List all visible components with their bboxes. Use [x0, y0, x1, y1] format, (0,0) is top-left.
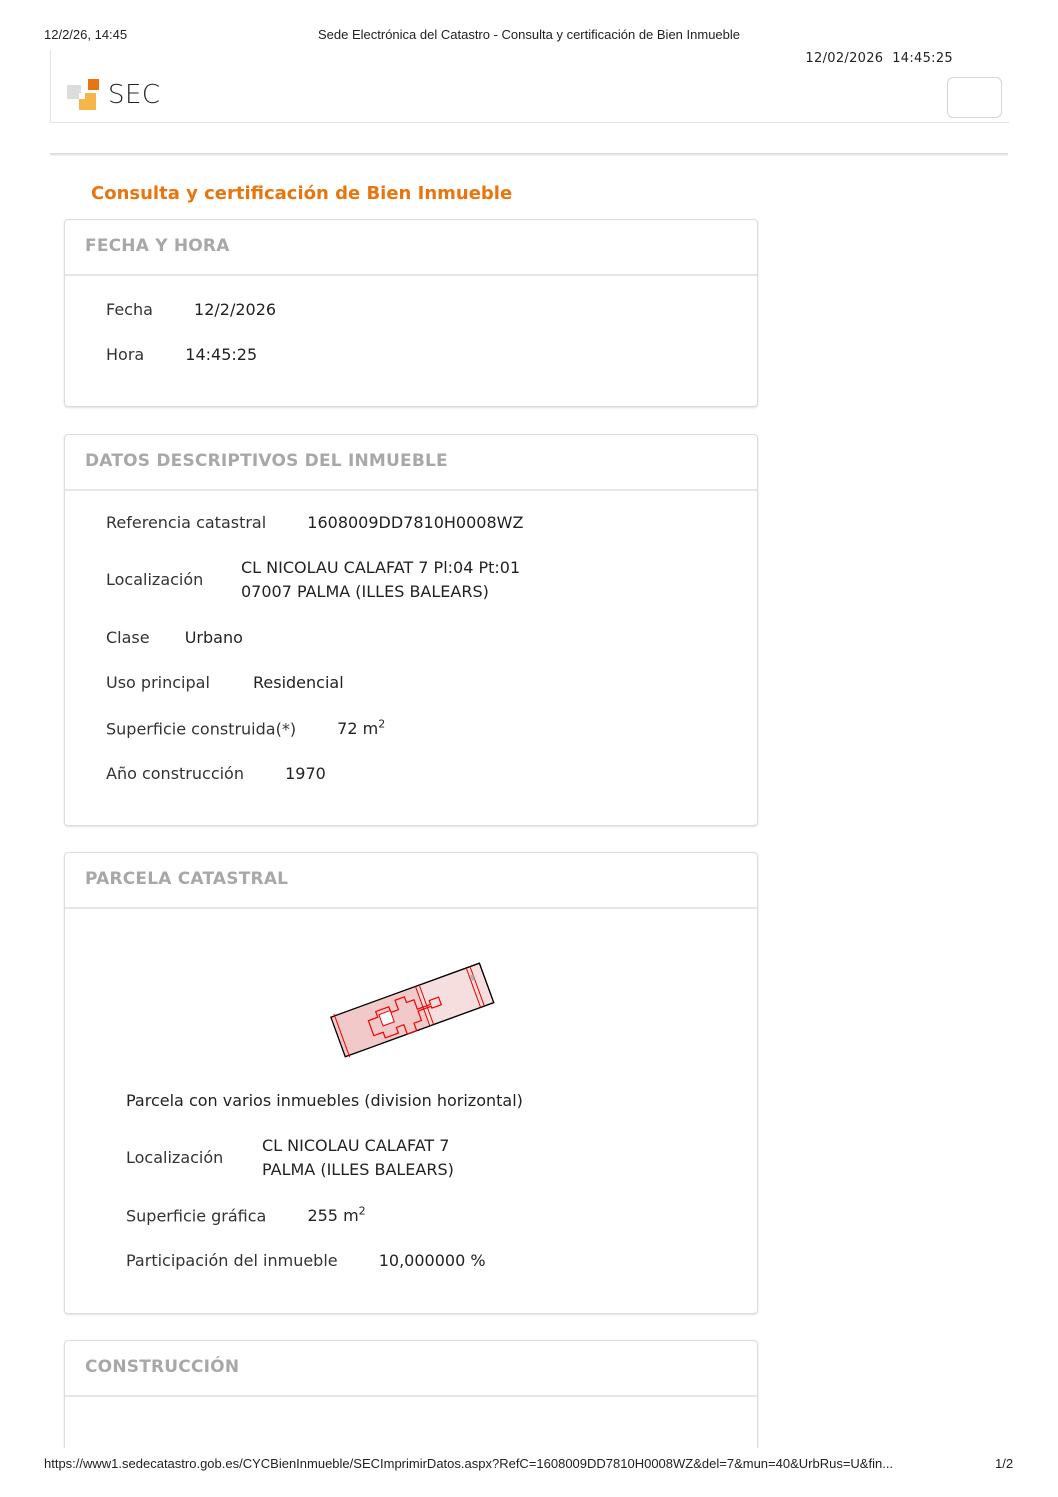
header-datetime: 12/02/2026 14:45:25 — [805, 51, 953, 66]
field-hora: Hora 14:45:25 — [106, 345, 257, 364]
page-title: Consulta y certificación de Bien Inmuebl… — [91, 183, 512, 204]
field-label: Hora — [106, 345, 144, 364]
parcela-description: Parcela con varios inmuebles (division h… — [126, 1091, 523, 1110]
field-label: Localización — [106, 570, 203, 589]
field-uso-principal: Uso principal Residencial — [106, 673, 344, 692]
field-value: Urbano — [185, 628, 243, 647]
panel-parcela-catastral: PARCELA CATASTRAL Parcela con varios inm… — [64, 852, 758, 1314]
field-superficie-construida: Superficie construida(*) 72 m2 — [106, 718, 385, 738]
field-label: Clase — [106, 628, 150, 647]
print-title: Sede Electrónica del Catastro - Consulta… — [0, 27, 1058, 42]
panel-datos-descriptivos: DATOS DESCRIPTIVOS DEL INMUEBLE Referenc… — [64, 434, 758, 826]
panel-title: PARCELA CATASTRAL — [85, 869, 288, 889]
field-value[interactable]: 1608009DD7810H0008WZ — [307, 513, 523, 532]
field-parcela-localizacion-line2: PALMA (ILLES BALEARS) — [262, 1160, 454, 1179]
field-value: 12/2/2026 — [194, 300, 276, 319]
field-label: Superficie construida(*) — [106, 719, 296, 738]
field-referencia-catastral: Referencia catastral 1608009DD7810H0008W… — [106, 513, 523, 532]
field-label: Uso principal — [106, 673, 210, 692]
field-value: 10,000000 % — [379, 1251, 486, 1270]
logo-orange-square-icon — [88, 79, 99, 90]
field-parcela-localizacion-label: Localización — [126, 1148, 223, 1167]
field-value: 14:45:25 — [185, 345, 257, 364]
print-url: https://www1.sedecatastro.gob.es/CYCBien… — [44, 1456, 893, 1471]
panel-title: CONSTRUCCIÓN — [85, 1357, 239, 1377]
menu-button[interactable] — [947, 77, 1002, 118]
field-localizacion-line1: CL NICOLAU CALAFAT 7 Pl:04 Pt:01 — [241, 558, 520, 577]
panel-header: FECHA Y HORA — [65, 220, 757, 276]
field-value: Residencial — [253, 673, 344, 692]
panel-title: DATOS DESCRIPTIVOS DEL INMUEBLE — [85, 451, 448, 471]
field-clase: Clase Urbano — [106, 628, 243, 647]
panel-header: PARCELA CATASTRAL — [65, 853, 757, 909]
field-label: Año construcción — [106, 764, 244, 783]
logo-white-notch-icon — [79, 93, 85, 99]
header-divider — [50, 153, 1008, 156]
panel-header: CONSTRUCCIÓN — [65, 1341, 757, 1397]
field-label: Fecha — [106, 300, 153, 319]
print-page-number: 1/2 — [995, 1456, 1013, 1471]
sec-logo[interactable]: SEC — [67, 79, 167, 113]
logo-text: SEC — [108, 80, 161, 110]
field-superficie-grafica: Superficie gráfica 255 m2 — [126, 1205, 366, 1225]
field-fecha: Fecha 12/2/2026 — [106, 300, 276, 319]
panel-title: FECHA Y HORA — [85, 236, 230, 256]
site-header: 12/02/2026 14:45:25 SEC — [50, 50, 1009, 123]
field-participacion: Participación del inmueble 10,000000 % — [126, 1251, 486, 1270]
panel-fecha-hora: FECHA Y HORA Fecha 12/2/2026 Hora 14:45:… — [64, 219, 758, 407]
field-anio-construccion: Año construcción 1970 — [106, 764, 326, 783]
field-localizacion-line2: 07007 PALMA (ILLES BALEARS) — [241, 582, 489, 601]
field-value: 1970 — [285, 764, 326, 783]
parcel-map-image[interactable] — [327, 953, 497, 1065]
field-label: Referencia catastral — [106, 513, 266, 532]
print-header: 12/2/26, 14:45 Sede Electrónica del Cata… — [0, 27, 1058, 45]
field-label: Localización — [126, 1148, 223, 1167]
field-label: Superficie gráfica — [126, 1206, 266, 1225]
field-localizacion-label: Localización — [106, 570, 203, 589]
field-label: Participación del inmueble — [126, 1251, 338, 1270]
field-value: 72 m2 — [337, 719, 385, 738]
field-parcela-localizacion-line1: CL NICOLAU CALAFAT 7 — [262, 1136, 449, 1155]
field-value: 255 m2 — [307, 1206, 365, 1225]
panel-header: DATOS DESCRIPTIVOS DEL INMUEBLE — [65, 435, 757, 491]
